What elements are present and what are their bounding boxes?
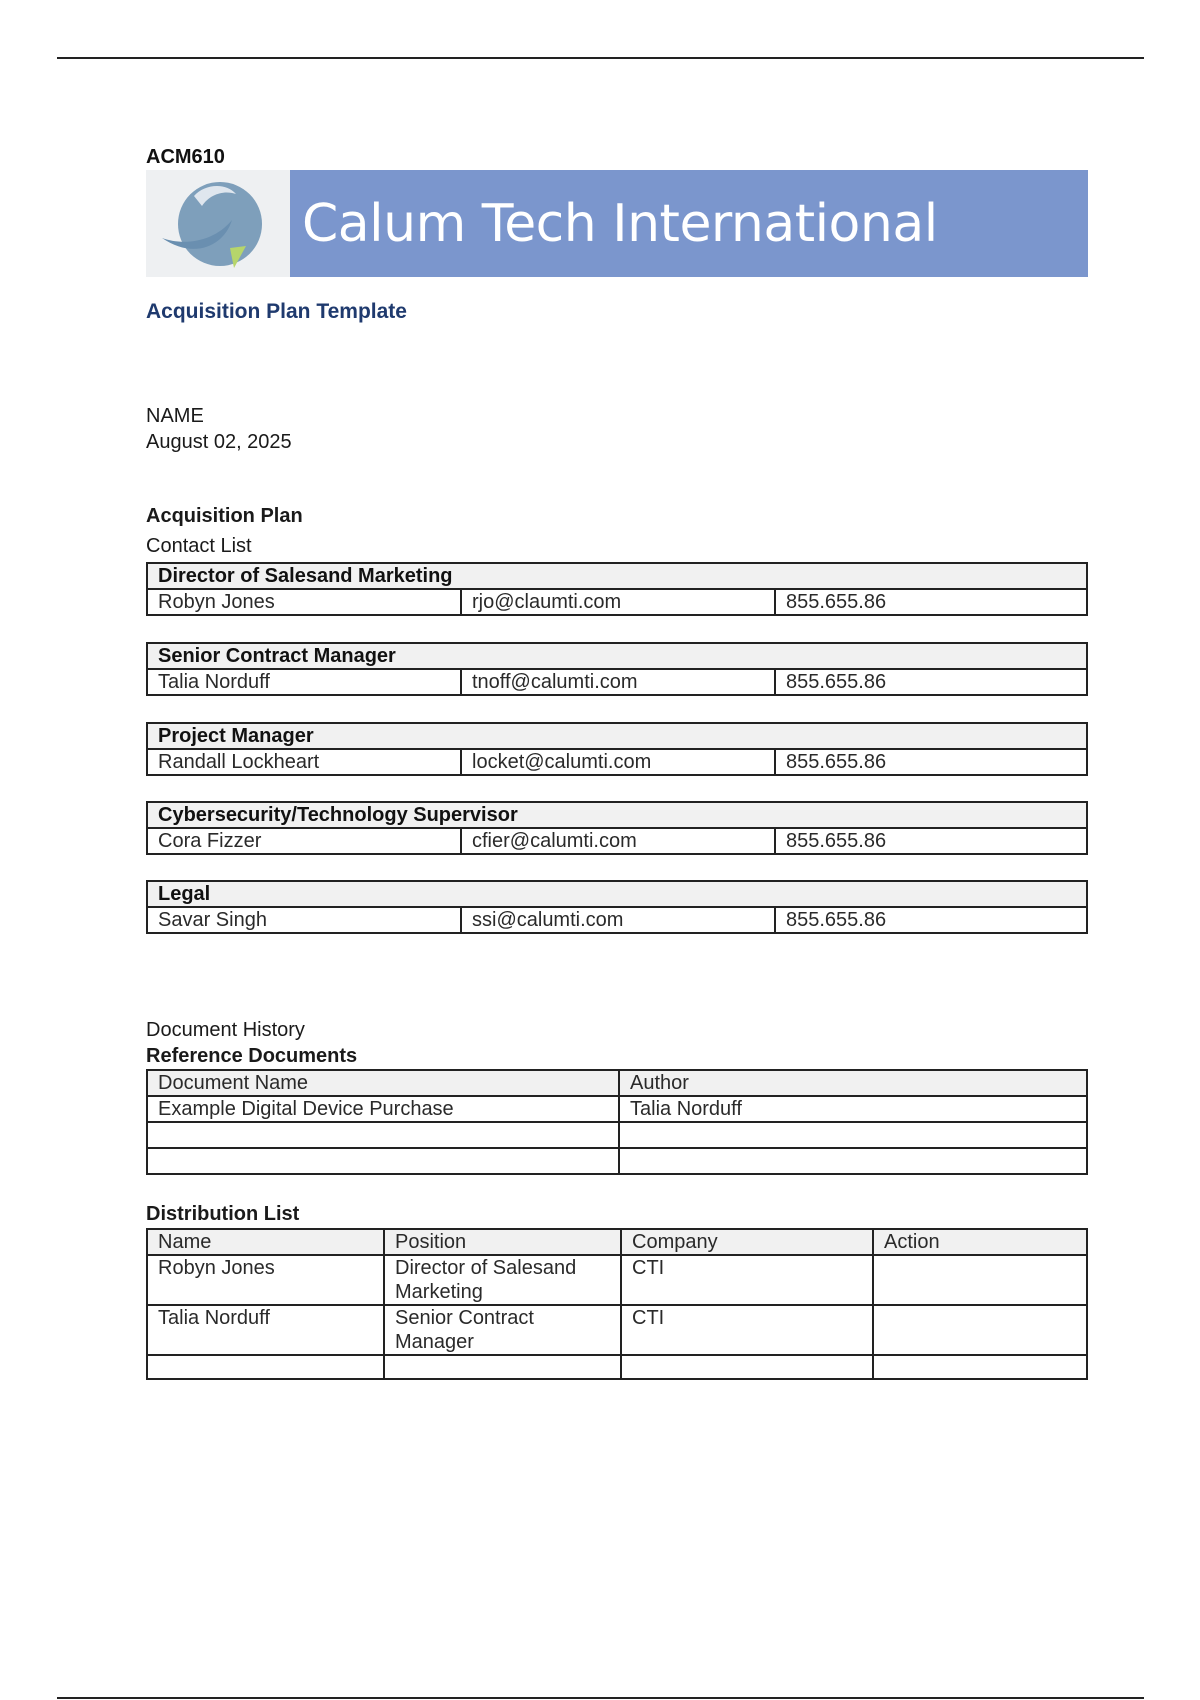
contact-table: Legal Savar Singh ssi@calumti.com 855.65… (146, 880, 1088, 934)
distribution-list-table: Name Position Company Action Robyn Jones… (146, 1228, 1088, 1380)
table-row (147, 1122, 1087, 1148)
reference-documents-table: Document Name Author Example Digital Dev… (146, 1069, 1088, 1175)
table-row: Example Digital Device Purchase Talia No… (147, 1096, 1087, 1122)
position-cell: Senior Contract Manager (384, 1305, 621, 1355)
footer-rule (57, 1697, 1144, 1699)
table-row: Talia Norduff Senior Contract Manager CT… (147, 1305, 1087, 1355)
column-header: Name (147, 1229, 384, 1255)
company-logo-icon (146, 170, 290, 277)
action-cell (873, 1255, 1087, 1305)
contact-role: Cybersecurity/Technology Supervisor (147, 802, 1087, 828)
contact-role: Legal (147, 881, 1087, 907)
contact-role: Project Manager (147, 723, 1087, 749)
document-name-cell (147, 1148, 619, 1174)
document-title: Acquisition Plan Template (146, 300, 407, 324)
column-header: Company (621, 1229, 873, 1255)
company-cell: CTI (621, 1255, 873, 1305)
contact-name: Robyn Jones (147, 589, 461, 615)
author-cell: Talia Norduff (619, 1096, 1087, 1122)
contact-email: tnoff@calumti.com (461, 669, 775, 695)
contact-email: ssi@calumti.com (461, 907, 775, 933)
action-cell (873, 1305, 1087, 1355)
table-header-row: Name Position Company Action (147, 1229, 1087, 1255)
contact-phone: 855.655.86 (775, 907, 1087, 933)
name-cell: Talia Norduff (147, 1305, 384, 1355)
author-name: NAME (146, 405, 204, 428)
company-cell: CTI (621, 1305, 873, 1355)
company-cell (621, 1355, 873, 1379)
contact-phone: 855.655.86 (775, 669, 1087, 695)
name-cell (147, 1355, 384, 1379)
contact-phone: 855.655.86 (775, 828, 1087, 854)
distribution-list-heading: Distribution List (146, 1203, 299, 1226)
contact-table: Director of Salesand Marketing Robyn Jon… (146, 562, 1088, 616)
column-header: Action (873, 1229, 1087, 1255)
header-rule (57, 57, 1144, 59)
position-cell: Director of Salesand Marketing (384, 1255, 621, 1305)
column-header: Position (384, 1229, 621, 1255)
contact-table: Project Manager Randall Lockheart locket… (146, 722, 1088, 776)
contact-name: Cora Fizzer (147, 828, 461, 854)
column-header: Author (619, 1070, 1087, 1096)
document-date: August 02, 2025 (146, 431, 292, 454)
reference-documents-heading: Reference Documents (146, 1045, 357, 1068)
acquisition-plan-heading: Acquisition Plan (146, 505, 303, 528)
contact-name: Savar Singh (147, 907, 461, 933)
contact-phone: 855.655.86 (775, 749, 1087, 775)
table-row (147, 1355, 1087, 1379)
contact-table: Senior Contract Manager Talia Norduff tn… (146, 642, 1088, 696)
contact-list-label: Contact List (146, 535, 252, 558)
author-cell (619, 1148, 1087, 1174)
contact-email: locket@calumti.com (461, 749, 775, 775)
contact-name: Randall Lockheart (147, 749, 461, 775)
author-cell (619, 1122, 1087, 1148)
name-cell: Robyn Jones (147, 1255, 384, 1305)
column-header: Document Name (147, 1070, 619, 1096)
document-name-cell (147, 1122, 619, 1148)
contact-role: Director of Salesand Marketing (147, 563, 1087, 589)
company-banner: Calum Tech International (146, 170, 1088, 277)
contact-table: Cybersecurity/Technology Supervisor Cora… (146, 801, 1088, 855)
position-cell (384, 1355, 621, 1379)
company-name: Calum Tech International (290, 170, 1088, 277)
action-cell (873, 1355, 1087, 1379)
document-name-cell: Example Digital Device Purchase (147, 1096, 619, 1122)
document-history-label: Document History (146, 1019, 305, 1042)
contact-email: rjo@claumti.com (461, 589, 775, 615)
table-row: Robyn Jones Director of Salesand Marketi… (147, 1255, 1087, 1305)
contact-email: cfier@calumti.com (461, 828, 775, 854)
contact-role: Senior Contract Manager (147, 643, 1087, 669)
contact-phone: 855.655.86 (775, 589, 1087, 615)
contact-name: Talia Norduff (147, 669, 461, 695)
course-code: ACM610 (146, 146, 225, 169)
table-row (147, 1148, 1087, 1174)
table-header-row: Document Name Author (147, 1070, 1087, 1096)
